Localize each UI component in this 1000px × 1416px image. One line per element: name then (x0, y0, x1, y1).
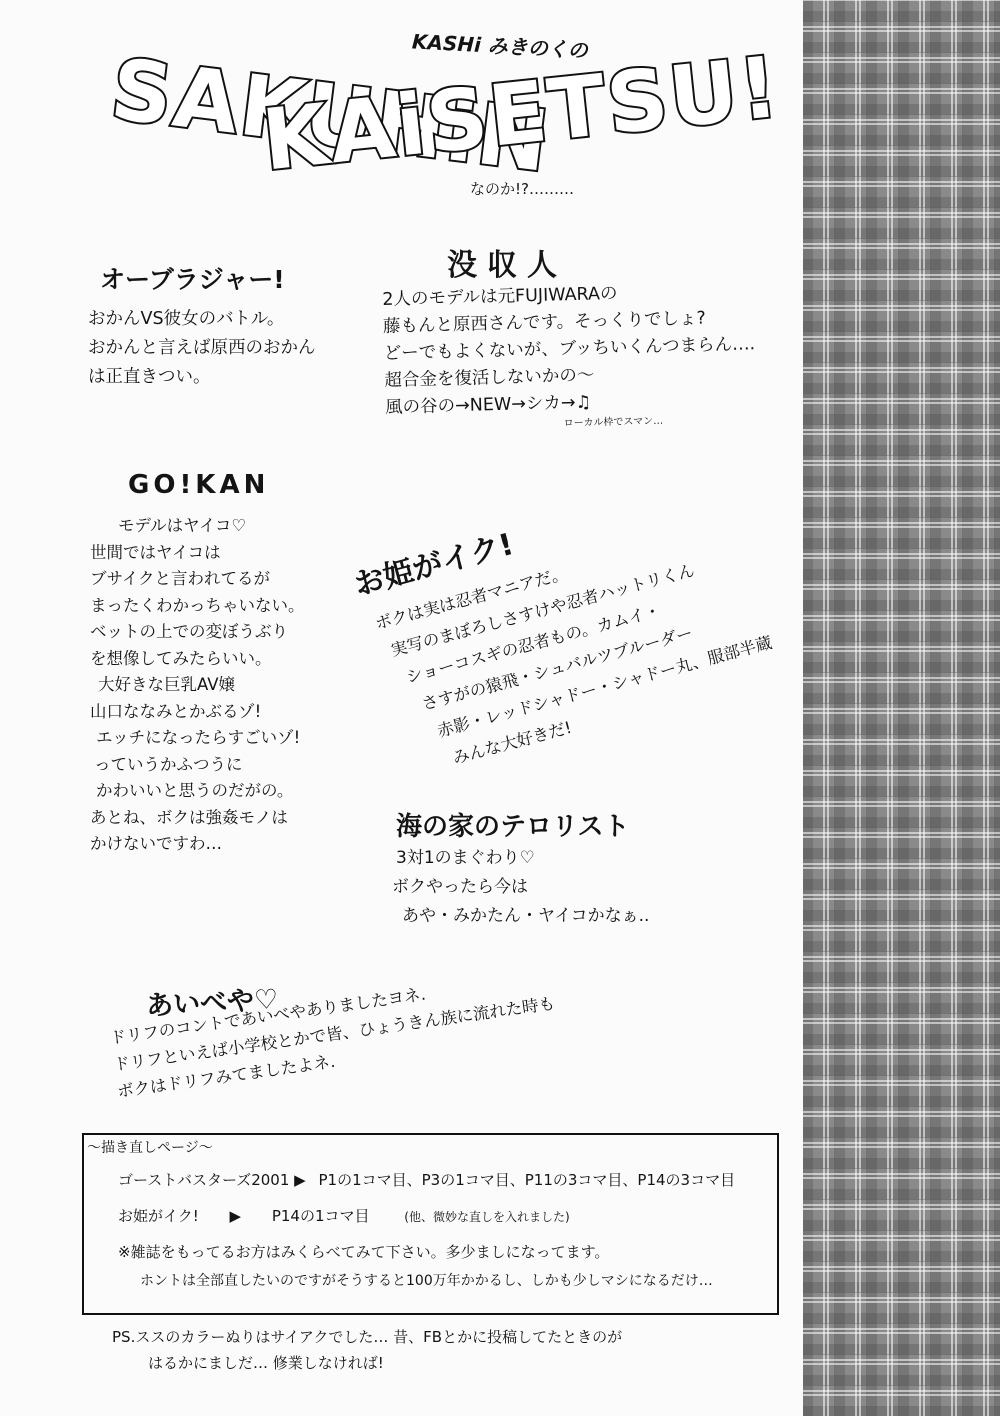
section-heading-go-kan: GO!KAN (128, 470, 269, 500)
section-body-obra-jya: おかんVS彼女のバトル。 おかんと言えば原西のおかん は正直きつい。 (88, 305, 316, 392)
text-line: あや・みかたん・ヤイコかなぁ.. (402, 902, 649, 931)
text-line: 世間ではヤイコは (90, 540, 305, 567)
redraw-notes-title: 〜描き直しページ〜 (87, 1137, 213, 1157)
text-line: モデルはヤイコ♡ (118, 513, 305, 540)
title-subtitle: なのか!?……… (470, 178, 574, 199)
text-line: かわいいと思うのだがの。 (96, 778, 305, 805)
redraw-work-title: ゴーストバスターズ2001 (118, 1171, 289, 1189)
text-line: 山口ななみとかぶるゾ! (90, 699, 305, 726)
redraw-row: お姫がイク! ▶ P14の1コマ目 (他、微妙な直しを入れました) (118, 1205, 570, 1226)
redraw-pages: P14の1コマ目 (272, 1207, 370, 1225)
redraw-pages: P1の1コマ目、P3の1コマ目、P11の3コマ目、P14の3コマ目 (318, 1171, 735, 1189)
section-heading-umi-no-ie: 海の家のテロリスト (396, 806, 629, 843)
text-line: 大好きな巨乳AV嬢 (98, 672, 305, 699)
text-line: 3対1のまぐわり♡ (396, 844, 649, 873)
section-body-go-kan: モデルはヤイコ♡ 世間ではヤイコは ブサイクと言われてるが まったくわかっちゃい… (90, 513, 305, 858)
text-line: ボクやったら今は (392, 873, 649, 902)
redraw-note-line-1: ※雑誌をもってるお方はみくらべてみて下さい。多少ましになってます。 (118, 1241, 609, 1262)
text-line: あとね、ボクは強姦モノは (90, 805, 305, 832)
text-line: おかんと言えば原西のおかん (88, 334, 316, 363)
text-line: エッチになったらすごいゾ! (96, 725, 305, 752)
section-heading-obra-jya: オーブラジャー! (100, 260, 285, 296)
redraw-notes-box: 〜描き直しページ〜 ゴーストバスターズ2001 ▶ P1の1コマ目、P3の1コマ… (82, 1133, 779, 1315)
text-line: は正直きつい。 (88, 363, 316, 392)
redraw-note: (他、微妙な直しを入れました) (404, 1210, 569, 1224)
postscript-line-1: PS.ススのカラーぬりはサイアクでした… 昔、FBとかに投稿してたときのが (112, 1326, 622, 1347)
text-line: っていうかふつうに (94, 752, 305, 779)
text-line: おかんVS彼女のバトル。 (88, 305, 316, 334)
text-line: まったくわかっちゃいない。 (90, 593, 305, 620)
redraw-work-title: お姫がイク! (118, 1207, 199, 1225)
redraw-row: ゴーストバスターズ2001 ▶ P1の1コマ目、P3の1コマ目、P11の3コマ目… (118, 1169, 735, 1190)
text-line: ベットの上での変ぼうぶり (90, 619, 305, 646)
section-body-umi-no-ie: 3対1のまぐわり♡ ボクやったら今は あや・みかたん・ヤイコかなぁ.. (392, 844, 649, 931)
text-line: ブサイクと言われてるが (90, 566, 305, 593)
section-heading-bosshunin: 没収人 (447, 240, 567, 284)
text-line: を想像してみたらいい。 (90, 646, 305, 673)
text-line: かけないですわ… (90, 831, 305, 858)
plaid-margin-pattern (803, 0, 1000, 1416)
postscript-line-2: はるかにましだ… 修業しなければ! (148, 1352, 384, 1373)
redraw-note-line-2: ホントは全部直したいのですがそうすると100万年かかるし、しかも少しマシになるだ… (140, 1270, 713, 1290)
triangle-marker-icon: ▶ (294, 1171, 306, 1189)
triangle-marker-icon: ▶ (230, 1207, 242, 1225)
manga-afterword-page: SAKUHiN KAiSETSU! KASHi みきのくの なのか!?……… オ… (0, 0, 803, 1416)
section-body-bosshunin: 2人のモデルは元FUJIWARAの 藤もんと原西さんです。そっくりでしょ? どー… (382, 277, 757, 436)
author-byline: KASHi みきのくの (411, 25, 588, 63)
